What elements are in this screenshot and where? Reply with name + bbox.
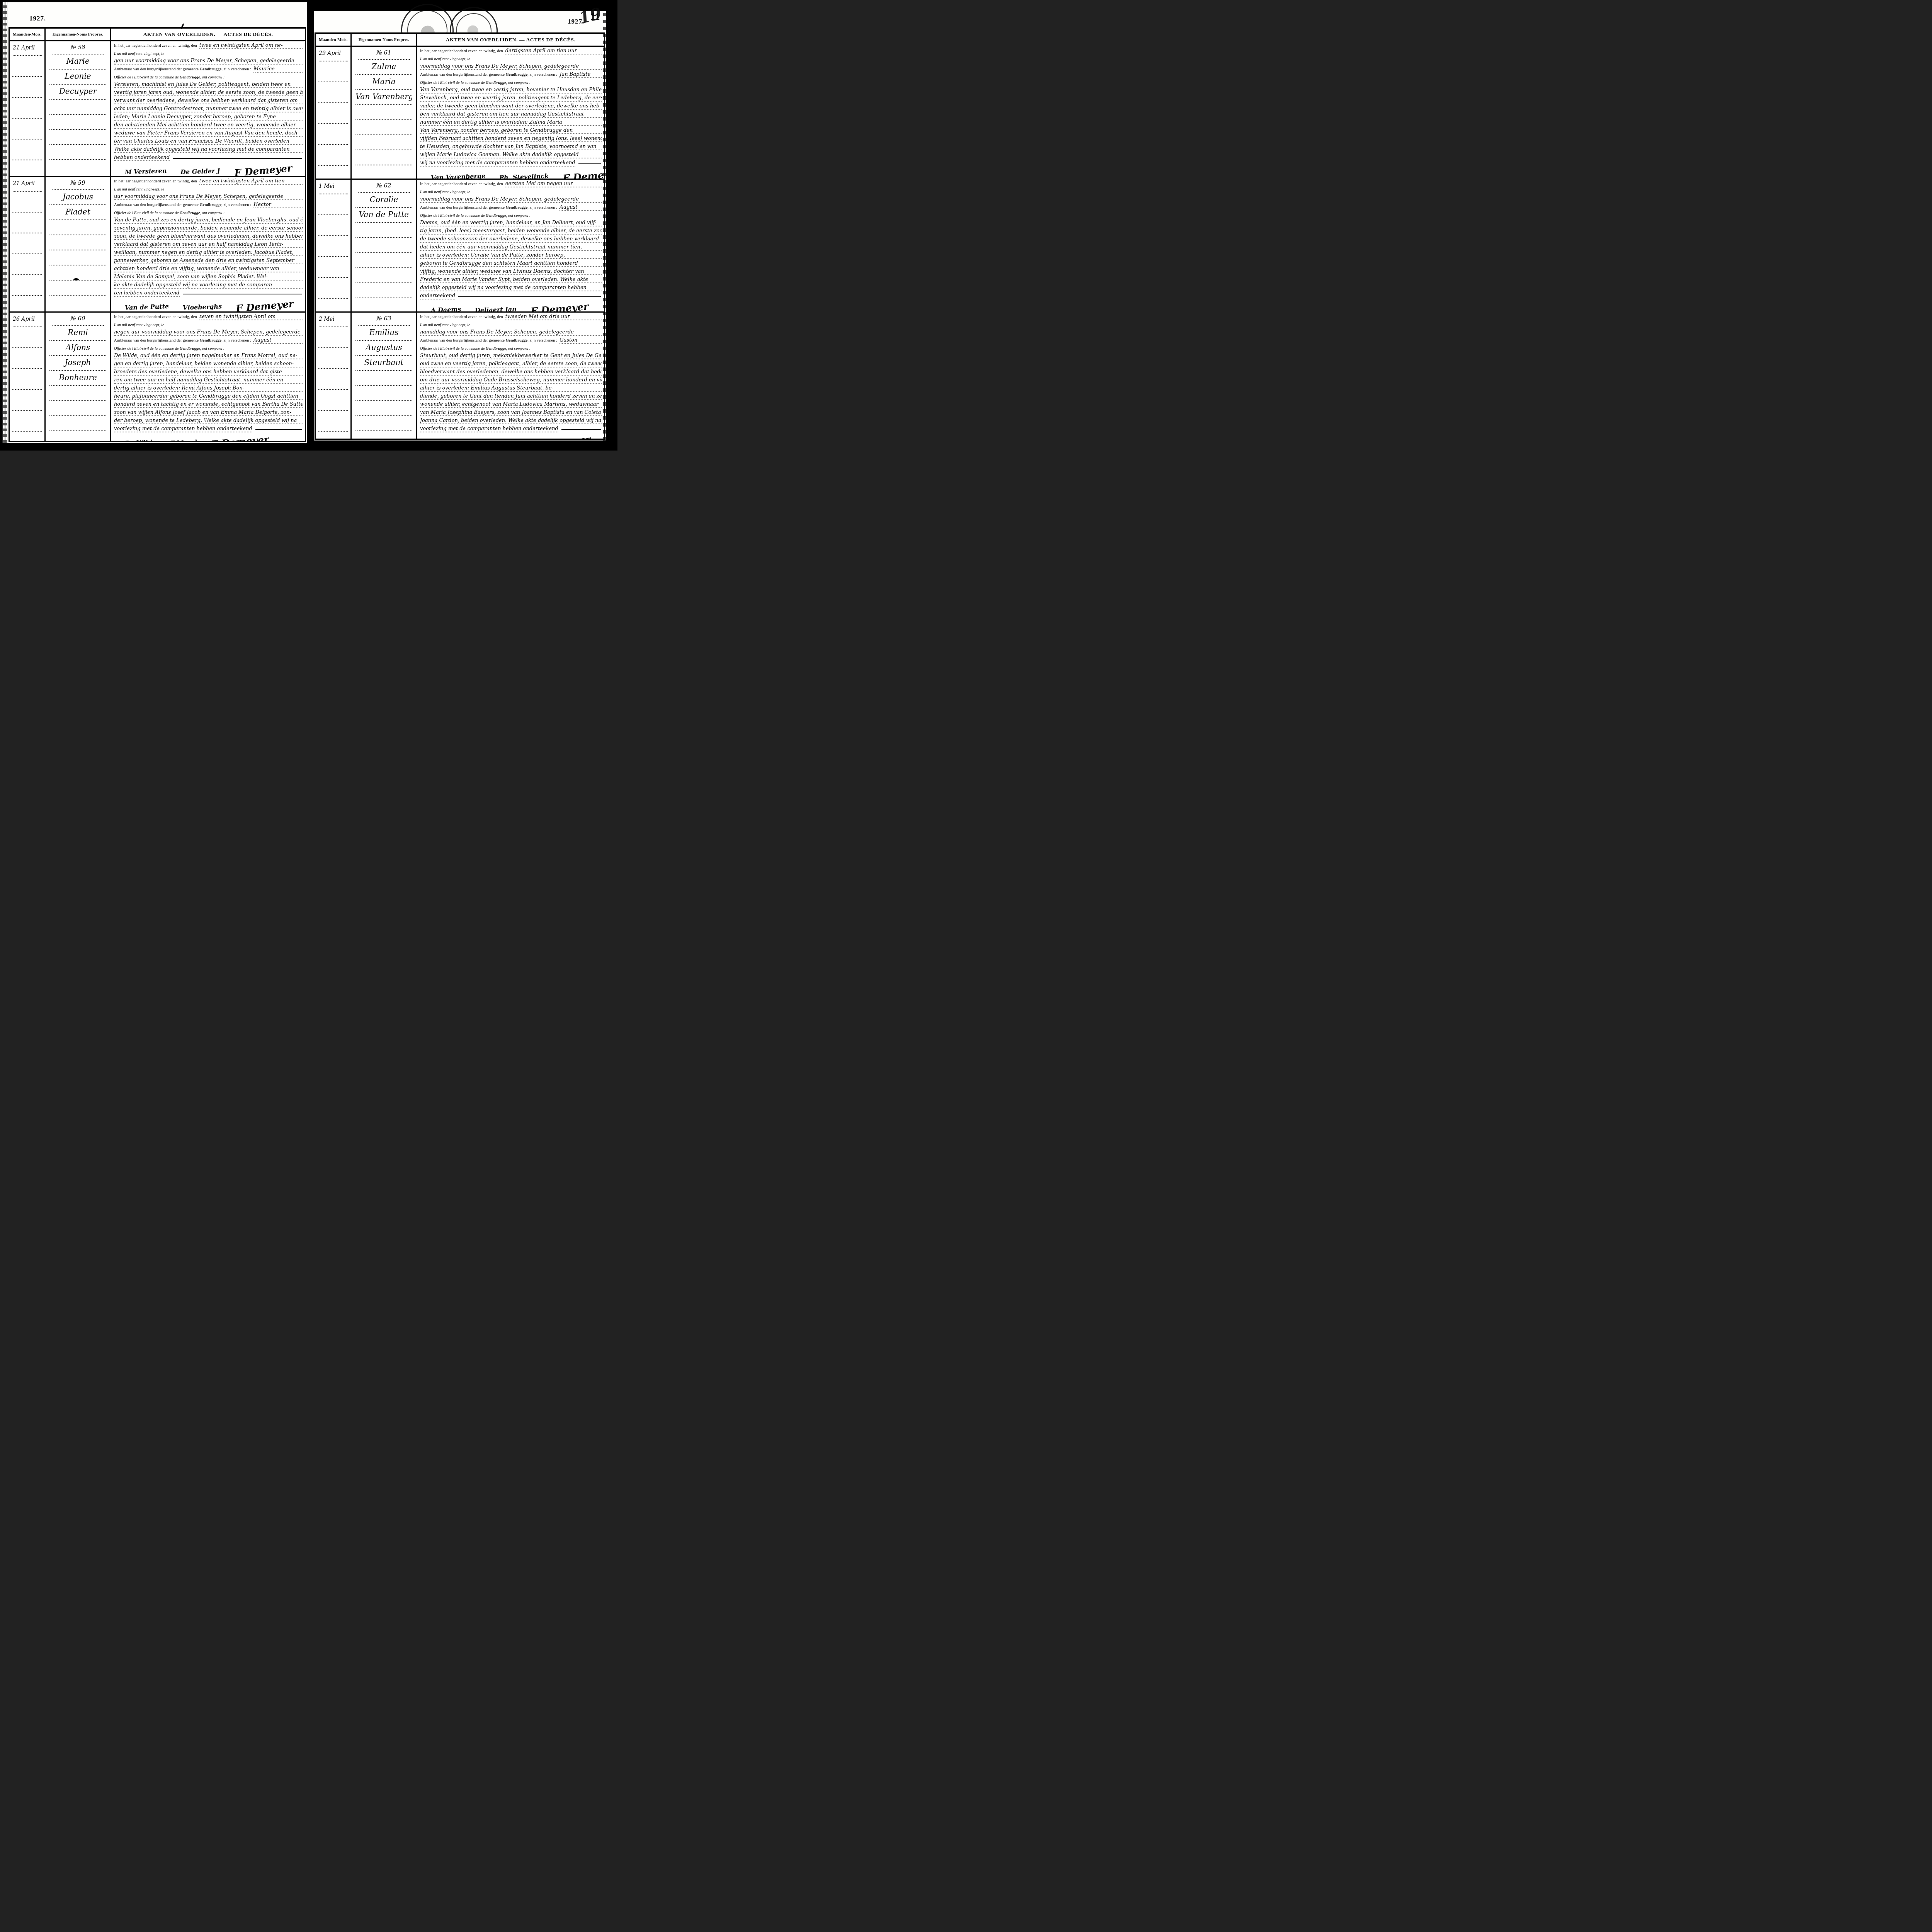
ledger-rule xyxy=(355,416,412,431)
entry-date: 21 April xyxy=(13,45,35,51)
ledger-rule xyxy=(355,371,412,386)
act-text-line: bloedverwant des overledenen, dewelke on… xyxy=(420,369,602,376)
document-scan: 1927. Maanden-Mois. Eigennamen-Noms Prop… xyxy=(0,0,617,451)
printed-text: , zijn verschenen : xyxy=(221,67,251,71)
column-header-acts: AKTEN VAN OVERLIJDEN. — ACTES DE DÉCÈS. xyxy=(417,34,604,46)
ledger-rule xyxy=(12,275,42,296)
register-entry: 21 April № 58 MarieLeonieDecuyper In het… xyxy=(10,41,305,176)
act-body-line: Welke akte dadelijk opgesteld wij na voo… xyxy=(114,146,303,155)
ledger-rule xyxy=(12,56,42,77)
deceased-name-line: Pladet xyxy=(49,205,106,220)
act-text-line: negen uur voormiddag voor ons Frans De M… xyxy=(114,329,303,336)
ledger-rule xyxy=(355,150,412,165)
printed-form-text: Ambtenaar van den burgerlijkenstand der … xyxy=(420,338,557,343)
printed-text: Officier de l'Etat-civil de la commune d… xyxy=(420,214,486,218)
act-text-line: ke akte dadelijk opgesteld wij na voorle… xyxy=(114,282,303,289)
act-registrar-line-fr: Officier de l'Etat-civil de la commune d… xyxy=(114,75,303,82)
act-text-line: wonende alhier, echtgenoot van Maria Lud… xyxy=(420,401,602,408)
ledger-rule xyxy=(318,82,348,103)
act-opening-line: In het jaar negentienhonderd zeven en tw… xyxy=(114,178,303,187)
ledger-rule xyxy=(49,220,106,235)
printed-text: Ambtenaar van den burgerlijkenstand der … xyxy=(420,338,506,343)
act-registrar-line-fr: Officier de l'Etat-civil de la commune d… xyxy=(114,347,303,353)
act-registrar-line-fr: Officier de l'Etat-civil de la commune d… xyxy=(114,211,303,217)
printed-form-text: In het jaar negentienhonderd zeven en tw… xyxy=(114,315,197,319)
entry-act-column: In het jaar negentienhonderd zeven en tw… xyxy=(417,180,604,311)
deceased-name: CoralieVan de Putte xyxy=(352,193,416,298)
entry-date: 2 Mei xyxy=(319,316,334,322)
act-body-line: Daems, oud één en veertig jaren, handela… xyxy=(420,220,602,228)
printed-form-text-fr: L'an mil neuf cent vingt-sept, le xyxy=(114,187,164,192)
act-text-line: zoon van wijlen Alfons Josef Jacob en va… xyxy=(114,410,303,416)
act-body-line: ten hebben onderteekend xyxy=(114,290,303,298)
ledger-rule xyxy=(318,390,348,411)
act-text-line: tig jaren, (bed. lees) meestergast, beid… xyxy=(420,228,602,235)
act-opening-line: In het jaar negentienhonderd zeven en tw… xyxy=(420,314,602,323)
act-text-line: dertig alhier is overleden: Remi Alfons … xyxy=(114,385,303,392)
act-text-line: pannewerker, geboren te Assenede den dri… xyxy=(114,258,303,264)
act-body-line: heure, plafonneerder geboren te Gendbrug… xyxy=(114,393,303,401)
act-number: № 59 xyxy=(70,179,85,186)
act-text-line: hebben onderteekend xyxy=(114,155,170,161)
entry-act-column: In het jaar negentienhonderd zeven en tw… xyxy=(111,177,305,311)
entry-date-line: 1 Mei xyxy=(319,183,348,194)
act-body: Van Varenberg, oud twee en zestig jaren,… xyxy=(420,87,602,168)
printed-text: , ont comparu : xyxy=(506,214,531,218)
ledger-rule xyxy=(355,238,412,253)
act-registrar-line: Ambtenaar van den burgerlijkenstand der … xyxy=(114,337,303,347)
act-body-line: nummer één en dertig alhier is overleden… xyxy=(420,119,602,128)
handwritten-declarant-name: August xyxy=(560,204,602,211)
act-body-line: te Heusden, ongehuwde dochter van Jan Ba… xyxy=(420,144,602,152)
act-text-line: voormiddag voor ons Frans De Meyer, Sche… xyxy=(420,63,602,70)
act-text-line: De Wilde, oud één en dertig jaren nagelm… xyxy=(114,353,303,359)
ledger-rule xyxy=(12,119,42,139)
printed-form-text: In het jaar negentienhonderd zeven en tw… xyxy=(420,49,503,53)
act-text-line: leden; Marie Leonie Decuyper, zonder ber… xyxy=(114,114,303,121)
ledger-rule xyxy=(355,120,412,135)
entry-date-line: 29 April xyxy=(319,50,348,61)
scan-noise xyxy=(311,151,313,154)
act-text-line: uur voormiddag voor ons Frans De Meyer, … xyxy=(114,194,303,200)
commune-name: Gendbrugge xyxy=(180,211,200,215)
act-text-line: der beroep, wonende te Ledeberg. Welke a… xyxy=(114,418,303,424)
act-text-line: zeventig jaren, gepensionneerde, beiden … xyxy=(114,225,303,232)
register-entry: 26 April № 60 RemiAlfonsJosephBonheure I… xyxy=(10,311,305,442)
entry-date-line: 2 Mei xyxy=(319,316,348,327)
signature: A Daems xyxy=(431,306,461,311)
act-body-line: diende, geboren te Gent den tienden Juni… xyxy=(420,393,602,401)
signature: F Demeyer xyxy=(530,301,589,311)
act-number: № 61 xyxy=(376,49,391,56)
act-text-line: achttien honderd drie en vijftig, wonend… xyxy=(114,266,303,272)
act-body-line: ter van Charles Louis en van Francisca D… xyxy=(114,138,303,146)
signature: F Demeyer xyxy=(211,434,269,442)
ledger-rule xyxy=(318,103,348,124)
act-body-line: alhier is overleden; Coralie Van de Putt… xyxy=(420,252,602,260)
act-text-line: namiddag voor ons Frans De Meyer, Schepe… xyxy=(420,329,602,336)
printed-form-text-fr: Officier de l'Etat-civil de la commune d… xyxy=(420,214,531,218)
act-text-line: veertig jaren jaren oud, wonende alhier,… xyxy=(114,90,303,96)
signature: De Gelder J xyxy=(180,167,220,176)
deceased-name: MarieLeonieDecuyper xyxy=(46,54,110,160)
act-body-line: van Maria Josephina Baeyers, zoon van Jo… xyxy=(420,410,602,418)
printed-form-text: Ambtenaar van den burgerlijkenstand der … xyxy=(420,73,557,77)
handwritten-declarant-name: Jan Baptiste xyxy=(560,71,602,78)
act-text-line: acht uur namiddag Gontrodestraat, nummer… xyxy=(114,106,303,112)
act-french-line: L'an mil neuf cent vingt-sept, le xyxy=(114,323,303,329)
act-text-line: Daems, oud één en veertig jaren, handela… xyxy=(420,220,602,226)
commune-name: Gendbrugge xyxy=(200,203,222,207)
act-text-line: Steurbaut, oud dertig jaren, mekaniekbew… xyxy=(420,353,602,359)
act-text-line: ben verklaard dat gisteren om tien uur n… xyxy=(420,111,602,118)
commune-name: Gendbrugge xyxy=(180,75,200,80)
act-body-line: onderteekend xyxy=(420,293,602,301)
printed-form-text: Ambtenaar van den burgerlijkenstand der … xyxy=(114,67,251,71)
deceased-name-line: Joseph xyxy=(49,356,106,371)
act-text-line: den achttienden Mei achttien honderd twe… xyxy=(114,122,303,129)
commune-name: Gendbrugge xyxy=(486,347,506,351)
deceased-name-line: Leonie xyxy=(49,70,106,85)
signature: F Demeyer xyxy=(234,163,293,176)
act-registrar-line: Ambtenaar van den burgerlijkenstand der … xyxy=(420,71,602,81)
entry-date-column: 21 April xyxy=(10,177,46,311)
ledger-rule xyxy=(12,77,42,98)
act-body-line: achttien honderd drie en vijftig, wonend… xyxy=(114,266,303,274)
act-body-line: geboren te Gendbrugge den achtsten Maart… xyxy=(420,260,602,269)
act-body-line: Van de Putte, oud zes en dertig jaren, b… xyxy=(114,217,303,225)
ledger-rule xyxy=(12,390,42,411)
act-text-line: ten hebben onderteekend xyxy=(114,290,180,297)
register-page-left: 1927. Maanden-Mois. Eigennamen-Noms Prop… xyxy=(2,2,307,443)
deceased-name-line: Marie xyxy=(49,54,106,70)
act-opening-line: In het jaar negentienhonderd zeven en tw… xyxy=(420,48,602,57)
register-table-left: Maanden-Mois. Eigennamen-Noms Propres. A… xyxy=(9,27,306,442)
printed-text: Ambtenaar van den burgerlijkenstand der … xyxy=(114,338,200,343)
act-handwritten-line: negen uur voormiddag voor ons Frans De M… xyxy=(114,329,303,337)
act-body-line: De Wilde, oud één en dertig jaren nagelm… xyxy=(114,353,303,361)
signature: De Gelder J xyxy=(479,438,519,440)
column-header-month: Maanden-Mois. xyxy=(10,29,46,40)
act-french-line: L'an mil neuf cent vingt-sept, le xyxy=(420,323,602,329)
act-body-line: zoon, de tweede geen bloedverwant des ov… xyxy=(114,233,303,241)
act-body-line: Versieren, machinist en Jules De Gelder,… xyxy=(114,82,303,90)
entry-date-column: 1 Mei xyxy=(316,180,352,311)
ledger-rule xyxy=(318,236,348,257)
entry-name-column: № 59 JacobusPladet xyxy=(46,177,111,311)
signature-rule-filler xyxy=(578,163,601,164)
deceased-name: ZulmaMariaVan Varenberg xyxy=(352,60,416,165)
act-text-line: om drie uur voormiddag Oude Brusselschew… xyxy=(420,377,602,384)
act-body-line: voorlezing met de comparanten hebben ond… xyxy=(114,426,303,434)
signatures: De WildeF MorelF Demeyer xyxy=(114,434,303,442)
table-header-right: Maanden-Mois. Eigennamen-Noms Propres. A… xyxy=(316,34,604,47)
printed-text: Ambtenaar van den burgerlijkenstand der … xyxy=(420,73,506,77)
act-body-line: ren om twee uur en half namiddag Gestich… xyxy=(114,377,303,385)
printed-form-text: Ambtenaar van den burgerlijkenstand der … xyxy=(114,203,251,207)
commune-name: Gendbrugge xyxy=(506,206,528,210)
act-body: Versieren, machinist en Jules De Gelder,… xyxy=(114,82,303,163)
commune-name: Gendbrugge xyxy=(506,73,528,77)
act-registrar-line-fr: Officier de l'Etat-civil de la commune d… xyxy=(420,214,602,220)
signature: F Morel xyxy=(170,439,197,442)
signatures: A DaemsDeliaert JanF Demeyer xyxy=(420,301,602,311)
ledger-rule xyxy=(318,61,348,82)
act-body-line: wijlen Marie Ludovica Goeman. Welke akte… xyxy=(420,152,602,160)
act-handwritten-line: namiddag voor ons Frans De Meyer, Schepe… xyxy=(420,329,602,337)
commune-name: Gendbrugge xyxy=(486,214,506,218)
ledger-rule xyxy=(355,401,412,416)
commune-name: Gendbrugge xyxy=(200,67,222,71)
printed-text: , zijn verschenen : xyxy=(527,73,557,77)
act-text-line: weillaan, nummer negen en dertig alhier … xyxy=(114,250,303,256)
deceased-name-line: Steurbaut xyxy=(355,356,412,371)
act-body-line: pannewerker, geboren te Assenede den dri… xyxy=(114,258,303,266)
act-body-line: Steurbaut, oud dertig jaren, mekaniekbew… xyxy=(420,353,602,361)
ledger-rule xyxy=(49,235,106,250)
act-body: Daems, oud één en veertig jaren, handela… xyxy=(420,220,602,301)
act-number-line: № 59 xyxy=(52,179,104,190)
printed-text: , ont comparu : xyxy=(200,211,225,215)
entry-name-column: № 60 RemiAlfonsJosephBonheure xyxy=(46,313,111,442)
act-text-line: van Maria Josephina Baeyers, zoon van Jo… xyxy=(420,410,602,416)
ledger-rule xyxy=(355,223,412,238)
act-french-line: L'an mil neuf cent vingt-sept, le xyxy=(420,57,602,63)
printed-form-text: In het jaar negentienhonderd zeven en tw… xyxy=(420,315,503,319)
act-body-line: vader, de tweede geen bloedverwant der o… xyxy=(420,103,602,111)
entry-date-column: 29 April xyxy=(316,47,352,179)
signature: Steurbaut xyxy=(431,438,466,440)
deceased-name: RemiAlfonsJosephBonheure xyxy=(46,326,110,431)
act-number-line: № 60 xyxy=(52,315,104,326)
act-french-line: L'an mil neuf cent vingt-sept, le xyxy=(114,52,303,58)
act-text-line: Joanna Cardon, beiden overleden. Welke a… xyxy=(420,418,602,424)
act-registrar-line-fr: Officier de l'Etat-civil de la commune d… xyxy=(420,81,602,87)
register-page-right: 1927. 19 11 Maanden-Mois. Eigennamen-Nom… xyxy=(314,11,606,440)
act-number-line: № 58 xyxy=(52,44,104,54)
deceased-name-line: Jacobus xyxy=(49,190,106,205)
signatures: Van VarenbergePh. StevelinckF Demeyer xyxy=(420,168,602,179)
ledger-rule xyxy=(355,268,412,283)
deceased-name-line: Zulma xyxy=(355,60,412,75)
deceased-name-line: Coralie xyxy=(355,193,412,208)
signatures: Van de PutteVloeberghsF Demeyer xyxy=(114,298,303,311)
act-body-line: Van Varenberg, zonder beroep, geboren te… xyxy=(420,128,602,136)
commune-name: Gendbrugge xyxy=(180,347,200,351)
act-text-line: voormiddag voor ons Frans De Meyer, Sche… xyxy=(420,196,602,203)
deceased-name-line: Alfons xyxy=(49,341,106,356)
printed-text: , zijn verschenen : xyxy=(221,203,251,207)
page-number: 11 xyxy=(590,11,600,22)
ledger-rule xyxy=(318,278,348,299)
entry-date-line: 26 April xyxy=(13,316,42,327)
act-text-line: vader, de tweede geen bloedverwant der o… xyxy=(420,103,602,110)
act-text-line: weduwe van Pieter Frans Versieren en van… xyxy=(114,130,303,137)
act-text-line: Stevelinck, oud twee en veertig jaren, p… xyxy=(420,95,602,102)
entry-date: 1 Mei xyxy=(319,183,334,189)
column-header-month: Maanden-Mois. xyxy=(316,34,352,46)
act-body: Steurbaut, oud dertig jaren, mekaniekbew… xyxy=(420,353,602,434)
register-entry: 2 Mei № 63 EmiliusAugustusSteurbaut In h… xyxy=(316,311,604,440)
column-header-acts: AKTEN VAN OVERLIJDEN. — ACTES DE DÉCÈS. xyxy=(111,29,305,40)
act-text-line: Melania Van de Sompel, zoon van wijlen S… xyxy=(114,274,303,281)
column-header-names: Eigennamen-Noms Propres. xyxy=(352,34,417,46)
act-text-line: broeders des overledene, dewelke ons heb… xyxy=(114,369,303,376)
ledger-rule xyxy=(318,194,348,215)
ledger-rule xyxy=(49,115,106,130)
handwritten-declarant-name: Hector xyxy=(253,202,303,208)
signature: F Demeyer xyxy=(235,298,294,311)
entry-date: 26 April xyxy=(13,316,35,322)
ledger-rule xyxy=(49,145,106,160)
act-text-line: oud twee en veertig jaren, politieagent,… xyxy=(420,361,602,367)
act-number-line: № 63 xyxy=(358,315,410,326)
act-text-line: Frederic en van Marie Vander Sypt, beide… xyxy=(420,277,602,283)
entries-left: 21 April № 58 MarieLeonieDecuyper In het… xyxy=(10,41,305,442)
act-text-line: Van de Putte, oud zes en dertig jaren, b… xyxy=(114,217,303,224)
table-header-left: Maanden-Mois. Eigennamen-Noms Propres. A… xyxy=(10,29,305,41)
ledger-rule xyxy=(49,386,106,401)
entry-act-column: In het jaar negentienhonderd zeven en tw… xyxy=(111,41,305,176)
act-body-line: der beroep, wonende te Ledeberg. Welke a… xyxy=(114,418,303,426)
printed-form-text-fr: Officier de l'Etat-civil de la commune d… xyxy=(114,211,224,215)
printed-form-text-fr: Officier de l'Etat-civil de la commune d… xyxy=(420,347,531,351)
entry-date: 21 April xyxy=(13,180,35,187)
act-body-line: de tweede schoonzoon der overledene, dew… xyxy=(420,236,602,244)
act-text-line: onderteekend xyxy=(420,293,455,299)
ledger-rule xyxy=(355,283,412,298)
act-text-line: ter van Charles Louis en van Francisca D… xyxy=(114,138,303,145)
act-text-line: verklaard dat gisteren om zeven uur en h… xyxy=(114,241,303,248)
scan-noise xyxy=(73,278,79,281)
printed-text: , ont comparu : xyxy=(506,347,531,351)
act-text-line: wijlen Marie Ludovica Goeman. Welke akte… xyxy=(420,152,602,158)
register-entry: 29 April № 61 ZulmaMariaVan Varenberg In… xyxy=(316,47,604,179)
printed-form-text-fr: L'an mil neuf cent vingt-sept, le xyxy=(420,190,470,194)
act-text-line: voorlezing met de comparanten hebben ond… xyxy=(420,426,558,432)
act-registrar-line-fr: Officier de l'Etat-civil de la commune d… xyxy=(420,347,602,353)
printed-text: Officier de l'Etat-civil de la commune d… xyxy=(114,211,180,215)
printed-form-text: Ambtenaar van den burgerlijkenstand der … xyxy=(420,206,557,210)
printed-form-text-fr: Officier de l'Etat-civil de la commune d… xyxy=(114,347,224,351)
ledger-rule xyxy=(355,386,412,401)
ledger-rule xyxy=(318,145,348,166)
act-body-line: verwant der overledene, dewelke ons hebb… xyxy=(114,98,303,106)
act-body-line: verklaard dat gisteren om zeven uur en h… xyxy=(114,241,303,250)
scan-noise xyxy=(310,410,312,412)
signature: Van Varenberge xyxy=(431,172,486,179)
handwritten-date-continuation: dertigsten April om tien uur xyxy=(505,48,602,54)
act-body-line: weduwe van Pieter Frans Versieren en van… xyxy=(114,130,303,138)
act-body-line: vijfden Februari achttien honderd zeven … xyxy=(420,136,602,144)
ledger-rule xyxy=(318,124,348,145)
ledger-rule xyxy=(12,369,42,390)
act-number: № 60 xyxy=(70,315,85,322)
ledger-rule xyxy=(355,105,412,120)
printed-form-text: In het jaar negentienhonderd zeven en tw… xyxy=(114,44,197,48)
act-body-line: broeders des overledene, dewelke ons heb… xyxy=(114,369,303,377)
act-text-line: Versieren, machinist en Jules De Gelder,… xyxy=(114,82,303,88)
entry-act-column: In het jaar negentienhonderd zeven en tw… xyxy=(417,313,604,440)
printed-form-text: In het jaar negentienhonderd zeven en tw… xyxy=(420,182,503,186)
ledger-rule xyxy=(49,100,106,115)
printed-form-text-fr: L'an mil neuf cent vingt-sept, le xyxy=(114,323,164,327)
commune-name: Gendbrugge xyxy=(486,81,506,85)
act-body-line: dat heden om één uur voormiddag Gesticht… xyxy=(420,244,602,252)
ledger-rule xyxy=(318,369,348,390)
act-handwritten-line: gen uur voormiddag voor ons Frans De Mey… xyxy=(114,58,303,66)
ledger-rule xyxy=(12,98,42,119)
act-registrar-line: Ambtenaar van den burgerlijkenstand der … xyxy=(114,202,303,211)
deceased-name-line: Bonheure xyxy=(49,371,106,386)
act-text-line: gen en dertig jaren, handelaar, beiden w… xyxy=(114,361,303,367)
act-body-line: Stevelinck, oud twee en veertig jaren, p… xyxy=(420,95,602,103)
act-body-line: Van Varenberg, oud twee en zestig jaren,… xyxy=(420,87,602,95)
act-text-line: zoon, de tweede geen bloedverwant des ov… xyxy=(114,233,303,240)
deceased-name-line: Van Varenberg xyxy=(355,90,412,105)
entry-name-column: № 63 EmiliusAugustusSteurbaut xyxy=(352,313,417,440)
printed-form-text-fr: L'an mil neuf cent vingt-sept, le xyxy=(420,57,470,61)
act-text-line: verwant der overledene, dewelke ons hebb… xyxy=(114,98,303,104)
ledger-rule xyxy=(318,411,348,432)
signature-rule-filler xyxy=(458,296,601,297)
handwritten-date-continuation: tweeden Mei om drie uur xyxy=(505,314,602,320)
act-french-line: L'an mil neuf cent vingt-sept, le xyxy=(420,190,602,196)
entry-name-column: № 62 CoralieVan de Putte xyxy=(352,180,417,311)
signature: Van de Putte xyxy=(125,303,169,311)
act-body-line: Frederic en van Marie Vander Sypt, beide… xyxy=(420,277,602,285)
register-entry: 1 Mei № 62 CoralieVan de Putte In het ja… xyxy=(316,179,604,311)
ledger-rule xyxy=(318,257,348,278)
act-text-line: diende, geboren te Gent den tienden Juni… xyxy=(420,393,602,400)
act-body-line: gen en dertig jaren, handelaar, beiden w… xyxy=(114,361,303,369)
commune-name: Gendbrugge xyxy=(200,338,222,343)
act-text-line: Welke akte dadelijk opgesteld wij na voo… xyxy=(114,146,303,153)
signature: Deliaert Jan xyxy=(475,305,517,311)
act-text-line: dat heden om één uur voormiddag Gesticht… xyxy=(420,244,602,251)
act-body-line: oud twee en veertig jaren, politieagent,… xyxy=(420,361,602,369)
signature: M Versieren xyxy=(125,167,167,176)
signature: F Demeyer xyxy=(563,168,604,179)
entry-date-line: 21 April xyxy=(13,180,42,192)
act-body-line: wonende alhier, echtgenoot van Maria Lud… xyxy=(420,401,602,410)
entry-name-column: № 61 ZulmaMariaVan Varenberg xyxy=(352,47,417,179)
printed-text: , ont comparu : xyxy=(506,81,531,85)
act-body: Van de Putte, oud zes en dertig jaren, b… xyxy=(114,217,303,298)
ledger-rule xyxy=(49,416,106,431)
act-body-line: den achttienden Mei achttien honderd twe… xyxy=(114,122,303,130)
entry-date-column: 2 Mei xyxy=(316,313,352,440)
handwritten-date-continuation: eersten Mei om negen uur xyxy=(505,181,602,187)
act-body-line: dadelijk opgesteld wij na voorlezing met… xyxy=(420,285,602,293)
act-text-line: geboren te Gendbrugge den achtsten Maart… xyxy=(420,260,602,267)
printed-form-text: In het jaar negentienhonderd zeven en tw… xyxy=(114,179,197,184)
handwritten-declarant-name: Maurice xyxy=(253,66,303,73)
act-opening-line: In het jaar negentienhonderd zeven en tw… xyxy=(420,181,602,190)
act-text-line: voorlezing met de comparanten hebben ond… xyxy=(114,426,252,432)
act-registrar-line: Ambtenaar van den burgerlijkenstand der … xyxy=(114,66,303,75)
act-body-line: bloedverwant des overledenen, dewelke on… xyxy=(420,369,602,377)
act-number-line: № 62 xyxy=(358,182,410,193)
printed-text: Ambtenaar van den burgerlijkenstand der … xyxy=(114,203,200,207)
entries-right: 29 April № 61 ZulmaMariaVan Varenberg In… xyxy=(316,47,604,440)
signature-rule-filler xyxy=(561,429,601,430)
act-body-line: ben verklaard dat gisteren om tien uur n… xyxy=(420,111,602,119)
entry-date-column: 26 April xyxy=(10,313,46,442)
act-body-line: zeventig jaren, gepensionneerde, beiden … xyxy=(114,225,303,233)
act-text-line: Van Varenberg, oud twee en zestig jaren,… xyxy=(420,87,602,94)
ledger-rule xyxy=(12,213,42,233)
